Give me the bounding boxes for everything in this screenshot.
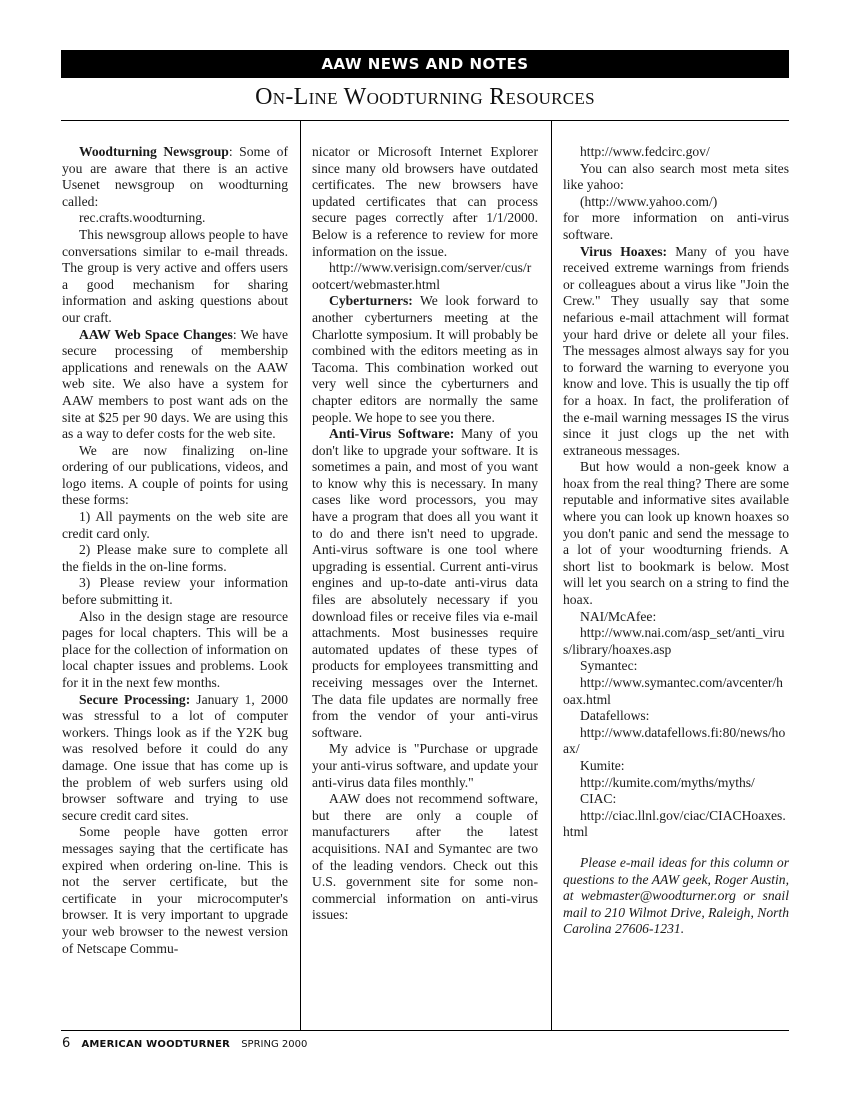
paragraph: My advice is "Purchase or upgrade your a… [312,741,538,791]
section-heading: Anti-Virus Software: [329,426,454,441]
paragraph: AAW does not recommend software, but the… [312,791,538,924]
magazine-name: AMERICAN WOODTURNER [81,1039,230,1050]
paragraph-text: You can also search most meta sites like… [563,161,789,193]
paragraph-text: Many of you have received extreme warnin… [563,244,789,458]
paragraph-text: for more information on anti-virus softw… [563,210,789,242]
paragraph: 2) Please make sure to complete all the … [62,542,288,575]
top-divider [61,120,789,121]
article-title: On-Line Woodturning Resources [61,84,789,111]
column-divider [551,120,552,1030]
paragraph: Datafellows: [563,708,789,725]
section-heading: Woodturning Newsgroup [79,144,229,159]
paragraph-text: http://www.datafellows.fi:80/news/hoax/ [563,725,785,757]
paragraph-text: AAW does not recommend software, but the… [312,791,538,922]
article-column-1: Woodturning Newsgroup: Some of you are a… [62,144,288,957]
author-note: Please e-mail ideas for this column or q… [563,855,789,938]
paragraph-text: We look forward to another cyberturners … [312,293,538,424]
paragraph: nicator or Microsoft Internet Explorer s… [312,144,538,260]
paragraph: Symantec: [563,658,789,675]
section-heading: Secure Processing: [79,692,190,707]
page-number: 6 [62,1036,70,1051]
paragraph-text: http://www.verisign.com/server/cus/rootc… [312,260,531,292]
paragraph-text: But how would a non-geek know a hoax fro… [563,459,789,607]
paragraph-text: Datafellows: [580,708,649,723]
url-link[interactable]: http://www.verisign.com/server/cus/rootc… [312,260,538,293]
paragraph: rec.crafts.woodturning. [62,210,288,227]
paragraph: NAI/McAfee: [563,609,789,626]
url-link[interactable]: http://ciac.llnl.gov/ciac/CIACHoaxes.htm… [563,808,789,841]
paragraph-text: nicator or Microsoft Internet Explorer s… [312,144,538,259]
section-paragraph: Virus Hoaxes: Many of you have received … [563,244,789,460]
paragraph: 1) All payments on the web site are cred… [62,509,288,542]
issue-date: SPRING 2000 [241,1039,307,1050]
paragraph-text: 2) Please make sure to complete all the … [62,542,288,574]
paragraph-text: Please e-mail ideas for this column or q… [563,855,789,936]
paragraph-text: http://www.symantec.com/avcenter/hoax.ht… [563,675,783,707]
column-divider [300,120,301,1030]
section-paragraph: AAW Web Space Changes: We have secure pr… [62,327,288,443]
paragraph-text: Kumite: [580,758,625,773]
paragraph-text: NAI/McAfee: [580,609,656,624]
paragraph-text: http://kumite.com/myths/myths/ [580,775,755,790]
section-paragraph: Cyberturners: We look forward to another… [312,293,538,426]
article-column-2: nicator or Microsoft Internet Explorer s… [312,144,538,924]
paragraph-text: (http://www.yahoo.com/) [580,194,717,209]
paragraph-text: January 1, 2000 was stressful to a lot o… [62,692,288,823]
paragraph-text: Some people have gotten error messages s… [62,824,288,955]
paragraph: for more information on anti-virus softw… [563,210,789,243]
paragraph: 3) Please review your information before… [62,575,288,608]
paragraph-text: http://www.nai.com/asp_set/anti_virus/li… [563,625,785,657]
article-column-3: http://www.fedcirc.gov/You can also sear… [563,144,789,938]
paragraph: This newsgroup allows people to have con… [62,227,288,327]
section-heading: Cyberturners: [329,293,413,308]
paragraph: But how would a non-geek know a hoax fro… [563,459,789,608]
section-heading: Virus Hoaxes: [580,244,667,259]
paragraph-text: : We have secure processing of membershi… [62,327,288,442]
paragraph-text: Symantec: [580,658,637,673]
paragraph-text: We are now finalizing on-line ordering o… [62,443,288,508]
section-paragraph: Anti-Virus Software: Many of you don't l… [312,426,538,741]
paragraph-text: CIAC: [580,791,616,806]
paragraph-text: rec.crafts.woodturning. [79,210,205,225]
paragraph: Also in the design stage are resource pa… [62,609,288,692]
section-heading: AAW Web Space Changes [79,327,233,342]
url-link[interactable]: http://www.datafellows.fi:80/news/hoax/ [563,725,789,758]
paragraph-text: http://ciac.llnl.gov/ciac/CIACHoaxes.htm… [563,808,786,840]
section-paragraph: Woodturning Newsgroup: Some of you are a… [62,144,288,210]
section-banner: AAW NEWS AND NOTES [61,50,789,78]
url-link[interactable]: http://www.symantec.com/avcenter/hoax.ht… [563,675,789,708]
url-link[interactable]: (http://www.yahoo.com/) [563,194,789,211]
url-link[interactable]: http://www.fedcirc.gov/ [563,144,789,161]
paragraph-text: 3) Please review your information before… [62,575,288,607]
section-paragraph: Secure Processing: January 1, 2000 was s… [62,692,288,825]
url-link[interactable]: http://kumite.com/myths/myths/ [563,775,789,792]
url-link[interactable]: http://www.nai.com/asp_set/anti_virus/li… [563,625,789,658]
page-footer: 6 AMERICAN WOODTURNER SPRING 2000 [62,1036,307,1051]
paragraph: We are now finalizing on-line ordering o… [62,443,288,509]
bottom-divider [61,1030,789,1031]
paragraph-text: My advice is "Purchase or upgrade your a… [312,741,538,789]
paragraph-text: http://www.fedcirc.gov/ [580,144,710,159]
paragraph-text: 1) All payments on the web site are cred… [62,509,288,541]
paragraph: Kumite: [563,758,789,775]
paragraph-text: Also in the design stage are resource pa… [62,609,288,690]
paragraph: CIAC: [563,791,789,808]
paragraph-text: Many of you don't like to upgrade your s… [312,426,538,740]
paragraph-text: This newsgroup allows people to have con… [62,227,288,325]
paragraph: You can also search most meta sites like… [563,161,789,194]
paragraph: Some people have gotten error messages s… [62,824,288,957]
